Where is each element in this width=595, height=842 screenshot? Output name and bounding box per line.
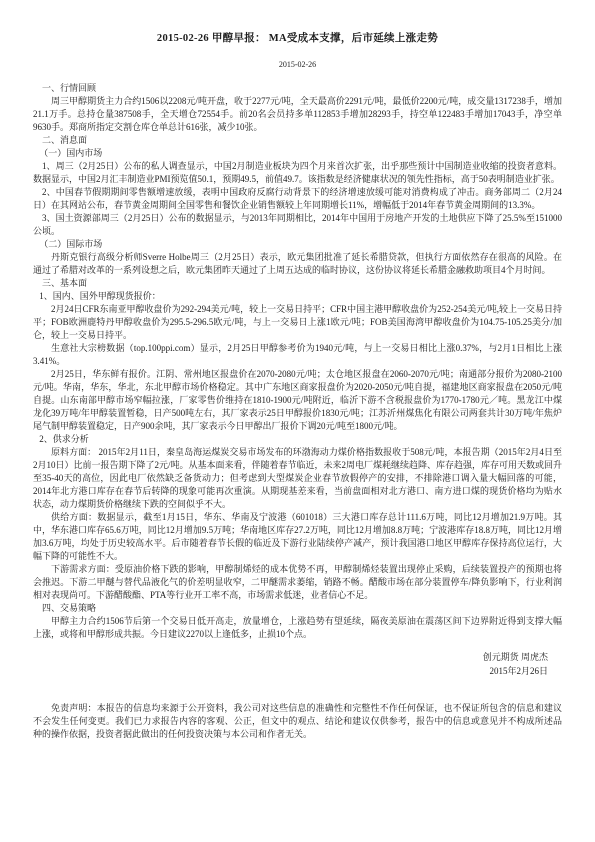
report-paragraph: 二、消息面 xyxy=(33,134,562,147)
report-paragraph: 原料方面： 2015年2月11日，秦皇岛海运煤炭交易市场发布的环渤海动力煤价格指… xyxy=(33,446,562,511)
page-title: 2015-02-26 甲醇早报： MA受成本支撑，后市延续上涨走势 xyxy=(33,30,562,45)
report-paragraph: 供给方面：数据显示，截至1月15日，华东、华南及宁波港（601018）三大港口库… xyxy=(33,511,562,563)
report-paragraph: 甲醇主力合约1506节后第一个交易日低开高走，放量增仓，上涨趋势有望延续，隔夜美… xyxy=(33,615,562,641)
report-paragraph: 2月24日CFR东南亚甲醇收盘价为292-294美元/吨，较上一交易日持平；CF… xyxy=(33,303,562,342)
report-paragraph: 一、行情回顾 xyxy=(33,82,562,95)
report-paragraph: 周三甲醇期货主力合约1506以2208元/吨开盘，收于2277元/吨，全天最高价… xyxy=(33,95,562,134)
report-paragraph: 3、国土资源部周三（2月25日）公布的数据显示，与2013年同期相比，2014年… xyxy=(33,212,562,238)
report-paragraph: 三、基本面 xyxy=(33,277,562,290)
signature-date: 2015年2月26日 xyxy=(33,664,548,678)
report-paragraph: 1、周三（2月25日）公布的私人调查显示，中国2月制造业板块为四个月来首次扩张，… xyxy=(33,160,562,186)
report-paragraph: 2月25日，华东鲜有报价。江阴、常州地区报盘价在2070-2080元/吨；太仓地… xyxy=(33,368,562,433)
report-page: 2015-02-26 甲醇早报： MA受成本支撑，后市延续上涨走势 2015-0… xyxy=(0,0,595,842)
report-paragraph: 下游需求方面：受原油价格下跌的影响，甲醇制烯烃的成本优势不再，甲醇制烯烃装置出现… xyxy=(33,563,562,602)
signature-author: 创元期货 周虎杰 xyxy=(33,650,548,664)
disclaimer-text: 免责声明：本报告的信息均来源于公开资料，我公司对这些信息的准确性和完整性不作任何… xyxy=(33,702,562,741)
report-paragraph: 1、国内、国外甲醇现货报价： xyxy=(33,290,562,303)
signature-block: 创元期货 周虎杰 2015年2月26日 xyxy=(33,650,562,678)
report-date: 2015-02-26 xyxy=(33,60,562,69)
report-paragraph: 生意社大宗榜数据（top.100ppi.com）显示，2月25日甲醇参考价为19… xyxy=(33,342,562,368)
report-paragraph: 四、交易策略 xyxy=(33,602,562,615)
report-body: 一、行情回顾周三甲醇期货主力合约1506以2208元/吨开盘，收于2277元/吨… xyxy=(33,82,562,641)
report-paragraph: 2、供求分析 xyxy=(33,433,562,446)
report-paragraph: 2、中国春节假期期间零售额增速放缓，表明中国政府反腐行动背景下的经济增速放缓可能… xyxy=(33,186,562,212)
report-paragraph: （一）国内市场 xyxy=(33,147,562,160)
report-paragraph: （二）国际市场 xyxy=(33,238,562,251)
report-paragraph: 丹斯克银行高级分析师Sverre Holbe周三（2月25日）表示，欧元集团批准… xyxy=(33,251,562,277)
